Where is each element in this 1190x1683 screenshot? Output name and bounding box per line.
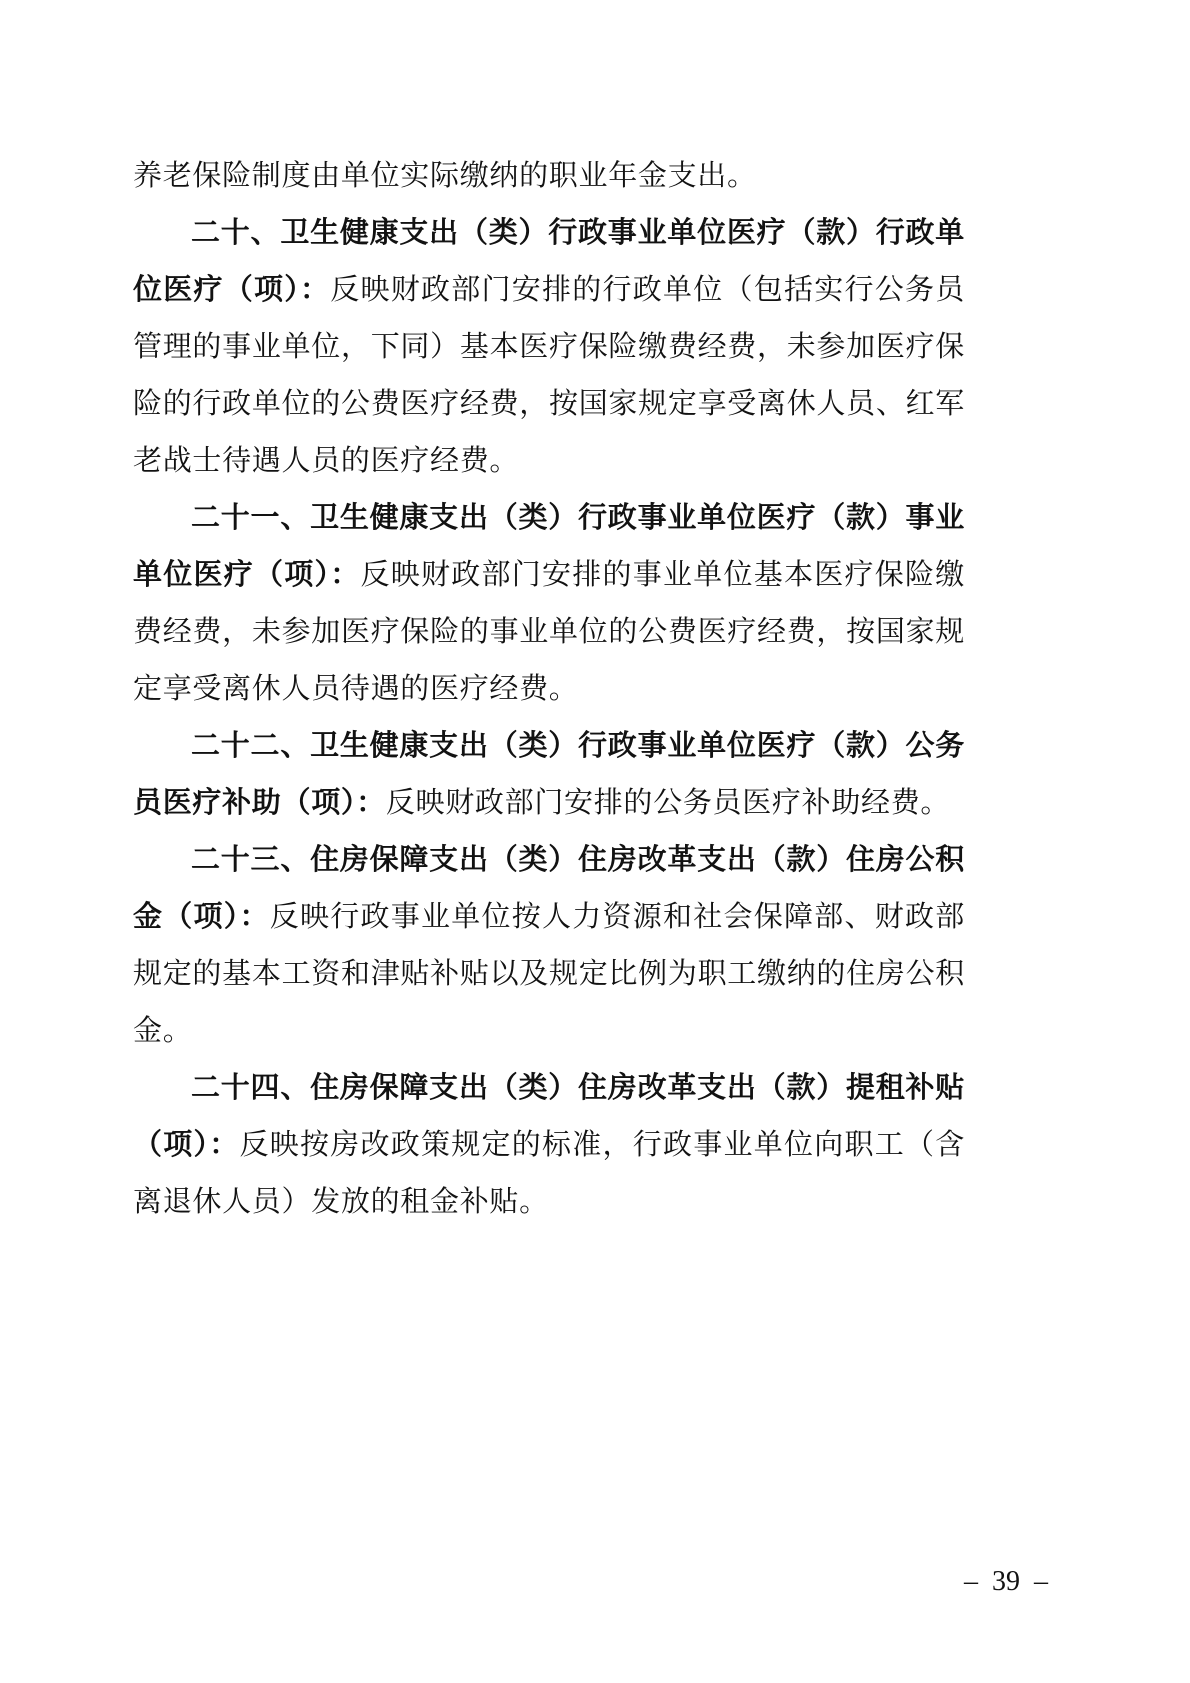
document-body: 养老保险制度由单位实际缴纳的职业年金支出。 二十、卫生健康支出（类）行政事业单位… bbox=[133, 148, 965, 1231]
paragraph-item-20: 二十、卫生健康支出（类）行政事业单位医疗（款）行政单位医疗（项）：反映财政部门安… bbox=[133, 205, 965, 490]
paragraph-body: 反映财政部门安排的公务员医疗补助经费。 bbox=[386, 787, 950, 819]
paragraph-continuation: 养老保险制度由单位实际缴纳的职业年金支出。 bbox=[133, 148, 965, 205]
paragraph-item-21: 二十一、卫生健康支出（类）行政事业单位医疗（款）事业单位医疗（项）：反映财政部门… bbox=[133, 490, 965, 718]
paragraph-item-24: 二十四、住房保障支出（类）住房改革支出（款）提租补贴（项）：反映按房改政策规定的… bbox=[133, 1060, 965, 1231]
paragraph-body: 反映按房改政策规定的标准，行政事业单位向职工（含离退休人员）发放的租金补贴。 bbox=[133, 1129, 965, 1218]
document-page: 养老保险制度由单位实际缴纳的职业年金支出。 二十、卫生健康支出（类）行政事业单位… bbox=[0, 0, 1190, 1683]
paragraph-body: 养老保险制度由单位实际缴纳的职业年金支出。 bbox=[133, 160, 757, 192]
paragraph-item-23: 二十三、住房保障支出（类）住房改革支出（款）住房公积金（项）：反映行政事业单位按… bbox=[133, 832, 965, 1060]
page-number: – 39 – bbox=[964, 1566, 1048, 1598]
paragraph-item-22: 二十二、卫生健康支出（类）行政事业单位医疗（款）公务员医疗补助（项）：反映财政部… bbox=[133, 718, 965, 832]
